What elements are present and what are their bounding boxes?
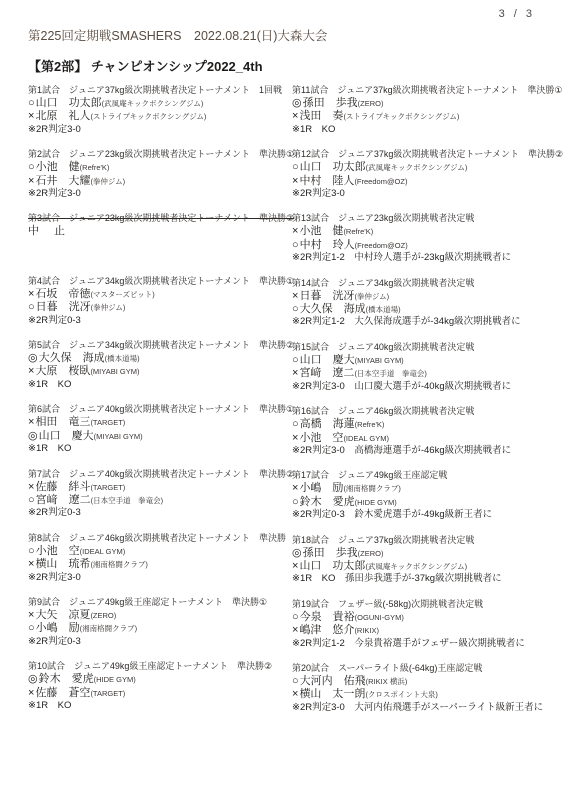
- fighter-line: ×宮﨑 遼二(日本空手道 拳竜会): [292, 367, 556, 380]
- fighter-name: 山口 慶大: [300, 354, 355, 366]
- fighter-line: ×大原 桜臥(MIYABI GYM): [28, 365, 292, 378]
- fighter-gym: (IDEAL GYM): [80, 547, 126, 556]
- fighter-line: ○小池 空(IDEAL GYM): [28, 545, 292, 558]
- result-mark: ◎: [28, 430, 38, 442]
- match-result: ※2R判定3-0: [28, 572, 292, 584]
- fighter-gym: (RIKIX 横浜): [366, 677, 408, 686]
- section-title: 【第2部】 チャンピオンシップ2022_4th: [28, 56, 263, 75]
- match-block: 第1試合 ジュニア37kg級次期挑戦者決定トーナメント 1回戦○山口 功太郎(武…: [28, 84, 292, 136]
- fighter-line: ◎鈴木 愛虎(HIDE GYM): [28, 673, 292, 686]
- match-result: ※2R判定3-0 山口慶大選手が-40kg級次期挑戦者に: [292, 381, 556, 393]
- match-block: 第9試合 ジュニア49kg級王座認定トーナメント 準決勝①×大矢 凉夏(ZERO…: [28, 596, 292, 648]
- result-mark: ×: [28, 365, 34, 377]
- result-mark: ○: [28, 301, 35, 313]
- match-result: ※2R判定1-2 大久保海成選手が-34kg級次期挑戦者に: [292, 316, 556, 328]
- fighter-gym: (OGUNI-GYM): [355, 613, 404, 622]
- fighter-line: ×小池 空(IDEAL GYM): [292, 432, 556, 445]
- fighter-line: ×相田 竜三(TARGET): [28, 416, 292, 429]
- match-title: 第17試合 ジュニア49kg級王座認定戦: [292, 469, 556, 482]
- match-block: 第13試合 ジュニア23kg級次期挑戦者決定戦×小池 健(Refre'K)○中村…: [292, 212, 556, 264]
- result-mark: ○: [292, 239, 299, 251]
- match-result: ※2R判定0-3: [28, 507, 292, 519]
- fighter-gym: (MIYABI GYM): [90, 367, 139, 376]
- match-title: 第7試合 ジュニア40kg級次期挑戦者決定トーナメント 準決勝②: [28, 468, 292, 481]
- matches-column-right: 第11試合 ジュニア37kg級次期挑戦者決定トーナメント 準決勝①◎孫田 歩我(…: [292, 84, 556, 726]
- result-mark: ◎: [292, 547, 302, 559]
- match-title: 第10試合 ジュニア49kg級王座認定トーナメント 準決勝②: [28, 660, 292, 673]
- match-title: 第1試合 ジュニア37kg級次期挑戦者決定トーナメント 1回戦: [28, 84, 292, 97]
- fighter-name: 鈴木 愛虎: [300, 496, 355, 508]
- match-title: 第19試合 フェザー級(-58kg)次期挑戦者決定戦: [292, 598, 556, 611]
- fighter-line: ○小池 健(Refre'K): [28, 161, 292, 174]
- match-block: 第16試合 ジュニア46kg級次期挑戦者決定戦○高橋 海蓮(Refre'K)×小…: [292, 405, 556, 457]
- result-mark: ×: [292, 367, 298, 379]
- fighter-line: ○鈴木 愛虎(HIDE GYM): [292, 496, 556, 509]
- result-mark: ×: [292, 560, 298, 572]
- match-block: 第20試合 スーパーライト級(-64kg)王座認定戦○大河内 佑飛(RIKIX …: [292, 662, 556, 714]
- result-mark: ○: [292, 354, 299, 366]
- fighter-gym: (武風庵キックボクシングジム): [366, 163, 468, 172]
- fighter-name: 山口 功太郎: [36, 97, 102, 109]
- fighter-gym: (Freedom@OZ): [354, 177, 407, 186]
- fighter-name: 孫田 歩我: [303, 547, 358, 559]
- fighter-gym: (湘南格闘クラブ): [90, 560, 148, 569]
- fighter-name: 大矢 凉夏: [35, 609, 90, 621]
- fighter-name: 佐藤 絆斗: [35, 481, 90, 493]
- fighter-name: 日暮 洸冴: [299, 290, 354, 302]
- match-block: 第4試合 ジュニア34kg級次期挑戦者決定トーナメント 準決勝①×石坂 帝徳(マ…: [28, 275, 292, 327]
- result-mark: ○: [28, 97, 35, 109]
- fighter-name: 今泉 貴裕: [300, 611, 355, 623]
- match-result: ※1R KO: [292, 124, 556, 136]
- match-result: ※2R判定1-2 中村玲人選手が-23kg級次期挑戦者に: [292, 252, 556, 264]
- result-mark: ○: [292, 418, 299, 430]
- result-mark: ×: [292, 225, 298, 237]
- result-mark: ×: [28, 416, 34, 428]
- match-title: 第9試合 ジュニア49kg級王座認定トーナメント 準決勝①: [28, 596, 292, 609]
- match-block: 第2試合 ジュニア23kg級次期挑戦者決定トーナメント 準決勝①○小池 健(Re…: [28, 148, 292, 200]
- match-result: ※2R判定3-0 大河内佑飛選手がスーパーライト級新王者に: [292, 702, 556, 714]
- fighter-name: 小池 健: [299, 225, 343, 237]
- fighter-line: ○高橋 海蓮(Refre'K): [292, 418, 556, 431]
- result-mark: ×: [28, 609, 34, 621]
- fighter-gym: (日本空手道 拳竜会): [91, 496, 164, 505]
- result-mark: ○: [28, 494, 35, 506]
- fighter-name: 大久保 海成: [39, 352, 105, 364]
- fighter-gym: (ZERO): [90, 611, 116, 620]
- match-block: 第3試合 ジュニア23kg級次期挑戦者決定トーナメント 準決勝②中 止: [28, 212, 292, 237]
- fighter-line: ×佐藤 絆斗(TARGET): [28, 481, 292, 494]
- fighter-name: 大久保 海成: [300, 303, 366, 315]
- result-mark: ◎: [292, 97, 302, 109]
- fighter-line: ×石坂 帝徳(マスターズピット): [28, 288, 292, 301]
- fighter-gym: (橋本道場): [366, 305, 401, 314]
- match-title: 第13試合 ジュニア23kg級次期挑戦者決定戦: [292, 212, 556, 225]
- fighter-name: 相田 竜三: [35, 416, 90, 428]
- fighter-gym: (MIYABI GYM): [94, 432, 143, 441]
- match-result: ※1R KO: [28, 700, 292, 712]
- fighter-gym: (Refre'K): [343, 227, 373, 236]
- match-result: ※2R判定3-0: [28, 124, 292, 136]
- fighter-name: 石坂 帝徳: [35, 288, 90, 300]
- fighter-line: ×日暮 洸冴(拳仲ジム): [292, 290, 556, 303]
- result-mark: ×: [292, 110, 298, 122]
- result-mark: ×: [28, 175, 34, 187]
- fighter-line: ○山口 功太郎(武風庵キックボクシングジム): [292, 161, 556, 174]
- fighter-name: 小池 空: [36, 545, 80, 557]
- match-title: 第20試合 スーパーライト級(-64kg)王座認定戦: [292, 662, 556, 675]
- match-title: 第2試合 ジュニア23kg級次期挑戦者決定トーナメント 準決勝①: [28, 148, 292, 161]
- fighter-gym: (ストライプキックボクシングジム): [343, 112, 459, 121]
- match-columns: 第1試合 ジュニア37kg級次期挑戦者決定トーナメント 1回戦○山口 功太郎(武…: [28, 84, 556, 726]
- fighter-gym: (拳仲ジム): [354, 292, 389, 301]
- fighter-line: ○大河内 佑飛(RIKIX 横浜): [292, 675, 556, 688]
- match-result: ※2R判定3-0 高橋海連選手が-46kg級次期挑戦者に: [292, 445, 556, 457]
- match-block: 第8試合 ジュニア46kg級次期挑戦者決定トーナメント 準決勝○小池 空(IDE…: [28, 532, 292, 584]
- result-mark: ×: [28, 481, 34, 493]
- fighter-gym: (湘南格闘クラブ): [343, 484, 401, 493]
- fighter-line: ○宮﨑 遼二(日本空手道 拳竜会): [28, 494, 292, 507]
- match-title: 第14試合 ジュニア34kg級次期挑戦者決定戦: [292, 277, 556, 290]
- fighter-name: 大原 桜臥: [35, 365, 90, 377]
- fighter-line: ○大久保 海成(橋本道場): [292, 303, 556, 316]
- fighter-line: ×浅田 奏(ストライプキックボクシングジム): [292, 110, 556, 123]
- match-title: 第12試合 ジュニア37kg級次期挑戦者決定トーナメント 準決勝②: [292, 148, 556, 161]
- result-mark: ○: [292, 675, 299, 687]
- fighter-gym: (クロスポイント大泉): [365, 690, 438, 699]
- result-mark: ○: [28, 622, 35, 634]
- result-mark: ○: [292, 303, 299, 315]
- match-title: 第18試合 ジュニア37kg級次期挑戦者決定戦: [292, 534, 556, 547]
- match-block: 第5試合 ジュニア34kg級次期挑戦者決定トーナメント 準決勝②◎大久保 海成(…: [28, 339, 292, 391]
- fighter-gym: (TARGET): [90, 418, 125, 427]
- fighter-line: ×北原 礼人(ストライプキックボクシングジム): [28, 110, 292, 123]
- fighter-gym: (MIYABI GYM): [355, 356, 404, 365]
- fighter-name: 北原 礼人: [35, 110, 90, 122]
- result-mark: ○: [28, 545, 35, 557]
- fighter-name: 石井 大耀: [35, 175, 90, 187]
- fighter-name: 中村 玲人: [300, 239, 355, 251]
- fighter-gym: (TARGET): [90, 689, 125, 698]
- fighter-name: 横山 太一朗: [299, 688, 365, 700]
- fighter-line: ×嶋津 悠介(RIKIX): [292, 624, 556, 637]
- match-block: 第17試合 ジュニア49kg級王座認定戦×小嶋 励(湘南格闘クラブ)○鈴木 愛虎…: [292, 469, 556, 521]
- fighter-gym: (Freedom@OZ): [355, 241, 408, 250]
- match-block: 第6試合 ジュニア40kg級次期挑戦者決定トーナメント 準決勝①×相田 竜三(T…: [28, 403, 292, 455]
- fighter-line: ×小池 健(Refre'K): [292, 225, 556, 238]
- match-title: 第3試合 ジュニア23kg級次期挑戦者決定トーナメント 準決勝②: [28, 212, 292, 225]
- doc-title: 第225回定期戦SMASHERS 2022.08.21(日)大森大会: [28, 26, 327, 44]
- match-block: 第18試合 ジュニア37kg級次期挑戦者決定戦◎孫田 歩我(ZERO)×山口 功…: [292, 534, 556, 586]
- match-block: 第11試合 ジュニア37kg級次期挑戦者決定トーナメント 準決勝①◎孫田 歩我(…: [292, 84, 556, 136]
- fighter-line: ○山口 慶大(MIYABI GYM): [292, 354, 556, 367]
- matches-column-left: 第1試合 ジュニア37kg級次期挑戦者決定トーナメント 1回戦○山口 功太郎(武…: [28, 84, 292, 726]
- result-mark: ◎: [28, 352, 38, 364]
- fighter-gym: (Refre'K): [355, 420, 385, 429]
- fighter-gym: (HIDE GYM): [94, 675, 136, 684]
- result-mark: ×: [292, 432, 298, 444]
- fighter-line: ×石井 大耀(拳仲ジム): [28, 175, 292, 188]
- fighter-line: ×横山 太一朗(クロスポイント大泉): [292, 688, 556, 701]
- fighter-line: ○山口 功太郎(武風庵キックボクシングジム): [28, 97, 292, 110]
- fighter-line: ◎孫田 歩我(ZERO): [292, 97, 556, 110]
- fighter-gym: (ZERO): [358, 99, 384, 108]
- fighter-line: ◎孫田 歩我(ZERO): [292, 547, 556, 560]
- result-mark: ◎: [28, 673, 38, 685]
- fighter-line: ×小嶋 励(湘南格闘クラブ): [292, 482, 556, 495]
- result-mark: ×: [28, 558, 34, 570]
- fighter-line: ×山口 功太郎(武風庵キックボクシングジム): [292, 560, 556, 573]
- match-result: ※2R判定0-3: [28, 636, 292, 648]
- match-result: ※1R KO: [28, 443, 292, 455]
- page-number: 3 / 3: [499, 8, 535, 20]
- result-mark: ×: [292, 624, 298, 636]
- match-title: 第15試合 ジュニア40kg級次期挑戦者決定戦: [292, 341, 556, 354]
- fighter-gym: (ストライプキックボクシングジム): [90, 112, 206, 121]
- match-result: ※2R判定0-3 鈴木愛虎選手が-49kg級新王者に: [292, 509, 556, 521]
- result-mark: ○: [292, 161, 299, 173]
- match-result: ※2R判定3-0: [292, 188, 556, 200]
- match-result: ※1R KO 孫田歩我選手が-37kg級次期挑戦者に: [292, 573, 556, 585]
- fighter-name: 小嶋 励: [36, 622, 80, 634]
- fighter-gym: (ZERO): [358, 549, 384, 558]
- fighter-name: 山口 慶大: [39, 430, 94, 442]
- fighter-gym: (拳仲ジム): [90, 177, 125, 186]
- fighter-name: 日暮 洸冴: [36, 301, 91, 313]
- result-mark: ×: [28, 110, 34, 122]
- match-block: 第12試合 ジュニア37kg級次期挑戦者決定トーナメント 準決勝②○山口 功太郎…: [292, 148, 556, 200]
- fighter-name: 小池 健: [36, 161, 80, 173]
- result-mark: ○: [28, 161, 35, 173]
- match-title: 第5試合 ジュニア34kg級次期挑戦者決定トーナメント 準決勝②: [28, 339, 292, 352]
- fighter-name: 佐藤 蒼空: [35, 687, 90, 699]
- fighter-gym: (武風庵キックボクシングジム): [365, 562, 467, 571]
- fighter-name: 小嶋 励: [299, 482, 343, 494]
- fighter-name: 嶋津 悠介: [299, 624, 354, 636]
- fighter-line: ×中村 陸人(Freedom@OZ): [292, 175, 556, 188]
- cancelled-label: 中 止: [28, 225, 292, 237]
- fighter-line: ○中村 玲人(Freedom@OZ): [292, 239, 556, 252]
- fighter-gym: (武風庵キックボクシングジム): [102, 99, 204, 108]
- fighter-gym: (TARGET): [90, 483, 125, 492]
- match-title: 第16試合 ジュニア46kg級次期挑戦者決定戦: [292, 405, 556, 418]
- result-mark: ○: [292, 611, 299, 623]
- match-block: 第15試合 ジュニア40kg級次期挑戦者決定戦○山口 慶大(MIYABI GYM…: [292, 341, 556, 393]
- result-mark: ×: [28, 687, 34, 699]
- match-block: 第10試合 ジュニア49kg級王座認定トーナメント 準決勝②◎鈴木 愛虎(HID…: [28, 660, 292, 712]
- fighter-name: 孫田 歩我: [303, 97, 358, 109]
- result-mark: ×: [292, 688, 298, 700]
- fighter-gym: (橋本道場): [105, 354, 140, 363]
- fighter-gym: (湘南格闘クラブ): [80, 624, 138, 633]
- fighter-line: ◎大久保 海成(橋本道場): [28, 352, 292, 365]
- match-result: ※1R KO: [28, 379, 292, 391]
- fighter-gym: (日本空手道 拳竜会): [354, 369, 427, 378]
- fighter-line: ○今泉 貴裕(OGUNI-GYM): [292, 611, 556, 624]
- fighter-name: 高橋 海蓮: [300, 418, 355, 430]
- fighter-gym: (Refre'K): [80, 163, 110, 172]
- fighter-gym: (HIDE GYM): [355, 498, 397, 507]
- match-block: 第14試合 ジュニア34kg級次期挑戦者決定戦×日暮 洸冴(拳仲ジム)○大久保 …: [292, 277, 556, 329]
- fighter-name: 山口 功太郎: [299, 560, 365, 572]
- result-mark: ×: [28, 288, 34, 300]
- fighter-name: 小池 空: [299, 432, 343, 444]
- match-result: ※2R判定0-3: [28, 315, 292, 327]
- fighter-name: 宮﨑 遼二: [299, 367, 354, 379]
- result-mark: ×: [292, 175, 298, 187]
- fighter-name: 山口 功太郎: [300, 161, 366, 173]
- fighter-name: 横山 琉希: [35, 558, 90, 570]
- match-title: 第11試合 ジュニア37kg級次期挑戦者決定トーナメント 準決勝①: [292, 84, 556, 97]
- fighter-line: ○小嶋 励(湘南格闘クラブ): [28, 622, 292, 635]
- fighter-line: ×大矢 凉夏(ZERO): [28, 609, 292, 622]
- fighter-line: ○日暮 洸冴(拳仲ジム): [28, 301, 292, 314]
- fighter-gym: (マスターズピット): [90, 290, 154, 299]
- match-result: ※2R判定1-2 今泉貴裕選手がフェザー級次期挑戦者に: [292, 638, 556, 650]
- match-title: 第4試合 ジュニア34kg級次期挑戦者決定トーナメント 準決勝①: [28, 275, 292, 288]
- fighter-name: 中村 陸人: [299, 175, 354, 187]
- result-mark: ×: [292, 482, 298, 494]
- fighter-name: 大河内 佑飛: [300, 675, 366, 687]
- fighter-line: ×横山 琉希(湘南格闘クラブ): [28, 558, 292, 571]
- fighter-line: ◎山口 慶大(MIYABI GYM): [28, 430, 292, 443]
- fighter-name: 浅田 奏: [299, 110, 343, 122]
- fighter-gym: (拳仲ジム): [91, 303, 126, 312]
- match-title: 第6試合 ジュニア40kg級次期挑戦者決定トーナメント 準決勝①: [28, 403, 292, 416]
- match-block: 第7試合 ジュニア40kg級次期挑戦者決定トーナメント 準決勝②×佐藤 絆斗(T…: [28, 468, 292, 520]
- result-mark: ×: [292, 290, 298, 302]
- match-title: 第8試合 ジュニア46kg級次期挑戦者決定トーナメント 準決勝: [28, 532, 292, 545]
- fighter-name: 宮﨑 遼二: [36, 494, 91, 506]
- fighter-gym: (RIKIX): [354, 626, 379, 635]
- match-block: 第19試合 フェザー級(-58kg)次期挑戦者決定戦○今泉 貴裕(OGUNI-G…: [292, 598, 556, 650]
- fighter-name: 鈴木 愛虎: [39, 673, 94, 685]
- match-result: ※2R判定3-0: [28, 188, 292, 200]
- result-mark: ○: [292, 496, 299, 508]
- fighter-line: ×佐藤 蒼空(TARGET): [28, 687, 292, 700]
- document-page: 3 / 3 第225回定期戦SMASHERS 2022.08.21(日)大森大会…: [0, 0, 565, 800]
- fighter-gym: (IDEAL GYM): [343, 434, 389, 443]
